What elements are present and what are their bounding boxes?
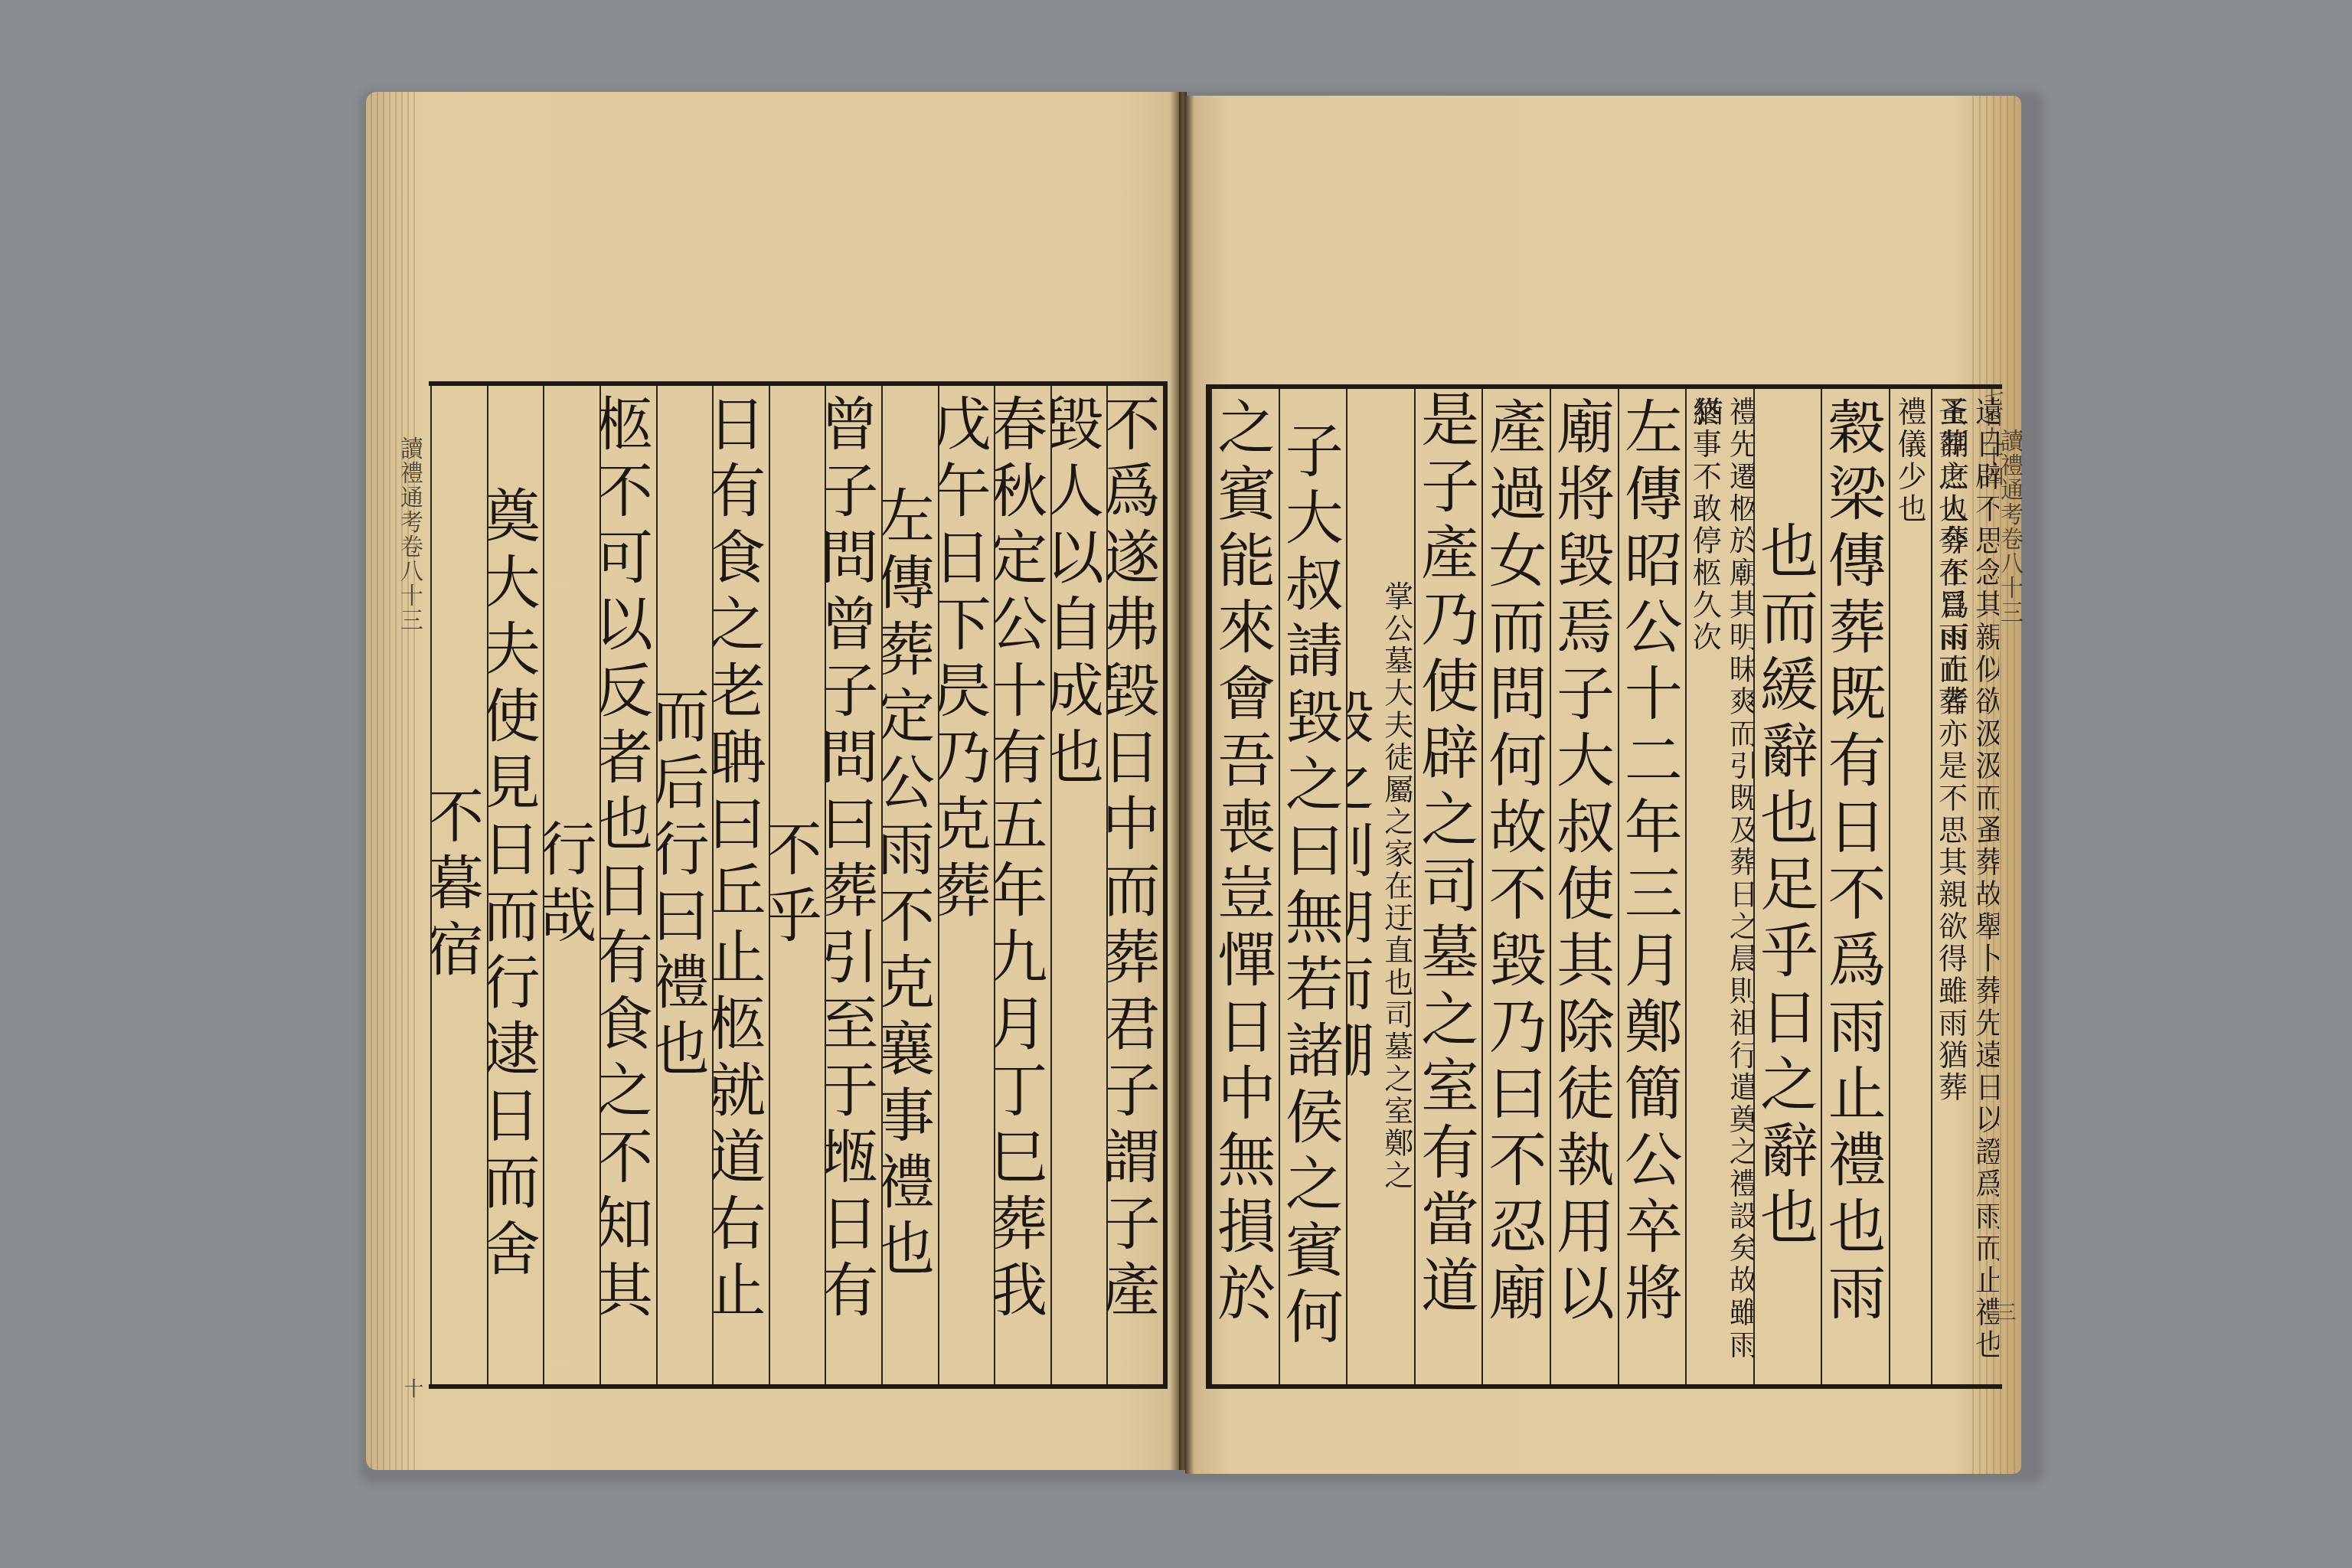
text-column: 毀人以自成也 bbox=[1050, 386, 1107, 1384]
text-column: 是子產乃使辟之司墓之室有當道者 注簡公別營葬地不在 鄭先公舊墓故道有臨 bbox=[1414, 389, 1482, 1384]
text-column: 而后行曰禮也 注巷黨黨名也就道右者行 相左也變日食也反復也 反葬而丘問之曰夫 bbox=[656, 386, 713, 1384]
annotation-line: 禮先遷柩於廟其明昧爽而引既及葬日之晨則祖行遣奠之禮設矣故雖雨猶 bbox=[1722, 389, 1753, 1384]
main-text: 不暮宿 bbox=[430, 786, 487, 985]
left-page-columns: 不爲遂弗毀日中而葬君子謂子產於是乎知禮禮無 毀人以自成也 春秋定公十有五年九月丁… bbox=[430, 386, 1163, 1384]
left-page-edge bbox=[371, 92, 416, 1470]
main-text: 是子產乃使辟之司墓之室有當道者 bbox=[1414, 389, 1482, 1384]
annotation-line: 遠日辟不思念其親似欲汲汲而蚤葬故舉卜葬先遠日以證爲雨而止禮也王制庶人葬不爲雨止者 bbox=[1968, 389, 1999, 1384]
text-column: 曾子問曾子問曰葬引至于堩日有食之則有變乎且 bbox=[825, 386, 881, 1384]
text-column: 穀梁傳葬既有日不爲雨止禮也雨不克葬喪不以制 bbox=[1821, 389, 1889, 1384]
text-column: 不暮宿 注侵晨夜 則近姦寇 見星而行者唯罪人與奔父母之喪者 bbox=[430, 386, 487, 1384]
text-column: 禮儀少也 bbox=[1889, 389, 1931, 1384]
left-margin-title: 讀禮通考卷八十三 bbox=[392, 436, 426, 632]
text-column: 春秋定公十有五年九月丁巳葬我君定公雨不克葬 bbox=[994, 386, 1050, 1384]
text-column: 子大叔請毀之曰無若諸侯之賓何 注不欲 久留賓 子產曰諸侯 bbox=[1279, 389, 1347, 1384]
text-column: 左傳葬定公雨不克襄事禮也 注襄成也雨不成 事若汲汲於欲葬 bbox=[881, 386, 938, 1384]
left-folio: 十 bbox=[398, 1378, 426, 1398]
text-column: 之賓能來會吾喪豈憚日中無損於賓而民不害何故 bbox=[1210, 389, 1279, 1384]
annotation-line: 在迂直也司墓之室鄭之 bbox=[1377, 871, 1414, 1192]
annotation-pair: 在迂直也司墓之室鄭之 掌公墓大夫徒屬之家 bbox=[1377, 581, 1414, 1192]
text-column: 廟將毀焉子大叔使其除徒執用以立而無庸毀曰子 bbox=[1550, 389, 1618, 1384]
main-text: 行哉 bbox=[543, 818, 599, 952]
text-column: 日有食之老聃曰丘止柩就道右止哭以聽變既明反 bbox=[712, 386, 769, 1384]
text-column: 戊午日下昃乃克葬 bbox=[938, 386, 995, 1384]
text-column: 不乎 注堩道也 變謂異禮 孔子曰昔者吾從老聃助葬於巷黨及堩 bbox=[769, 386, 825, 1384]
main-text: 不乎 bbox=[769, 818, 825, 952]
text-column: 也而緩辭也足乎日之辭也 注徐邈曰案經文是已丑之日葬喪既出而遇雨若未及已丑而却期無… bbox=[1753, 389, 1821, 1384]
annotation-line: 掌公墓大夫徒屬之家 bbox=[1377, 581, 1414, 871]
text-column: 終事不敢停柩久次 禮先遷柩於廟其明昧爽而引既及葬日之晨則祖行遣奠之禮設矣故雖雨猶 bbox=[1685, 389, 1753, 1384]
text-column: 不爲遂弗毀日中而葬君子謂子產於是乎知禮禮無 bbox=[1106, 386, 1163, 1384]
main-text: 而后行曰禮也 bbox=[656, 685, 713, 1085]
main-text: 左傳葬定公雨不克襄事禮也 bbox=[881, 485, 938, 1285]
main-text: 毀之則朝而堋 bbox=[1346, 687, 1377, 1086]
right-page-columns: 蚤葬之也今在冒雨而葬亦是不思其親欲得雖雨猶葬 遠日辟不思念其親似欲汲汲而蚤葬故舉… bbox=[1210, 389, 1999, 1384]
main-text: 奠大夫使見日而行逮日而舍 bbox=[487, 485, 544, 1285]
text-column: 奠大夫使見日而行逮日而舍 注舍奠每將 舍奠行主 夫柩不蚤出 bbox=[487, 386, 544, 1384]
annotation-line: 終事不敢停柩久次 bbox=[1687, 389, 1722, 1384]
main-text: 也而緩辭也足乎日之辭也 bbox=[1753, 521, 1821, 1253]
main-text: 子大叔請毀之曰無若諸侯之賓何 bbox=[1279, 420, 1347, 1353]
annotation-line: 禮儀少也 bbox=[1890, 389, 1927, 1384]
text-column: 柩不可以反者也日有食之不知其已之遲數則豈如 bbox=[599, 386, 656, 1384]
text-column: 產過女而問何故不毀乃曰不忍廟也諾將毀矣既如 bbox=[1481, 389, 1550, 1384]
text-column: 行哉 注已止也 數讀爲速 老聃曰諸侯朝天子見日而行逮日而舍 bbox=[543, 386, 599, 1384]
text-column: 蚤葬之也今在冒雨而葬亦是不思其親欲得雖雨猶葬 遠日辟不思念其親似欲汲汲而蚤葬故舉… bbox=[1931, 389, 1999, 1384]
text-column: 在迂直也司墓之室鄭之 掌公墓大夫徒屬之家 毀之則朝而堋 注堋 下棺 弗毀則日中而… bbox=[1346, 389, 1414, 1384]
text-column: 左傳昭公十二年三月鄭簡公卒將爲葬除及游氏之 bbox=[1618, 389, 1686, 1384]
